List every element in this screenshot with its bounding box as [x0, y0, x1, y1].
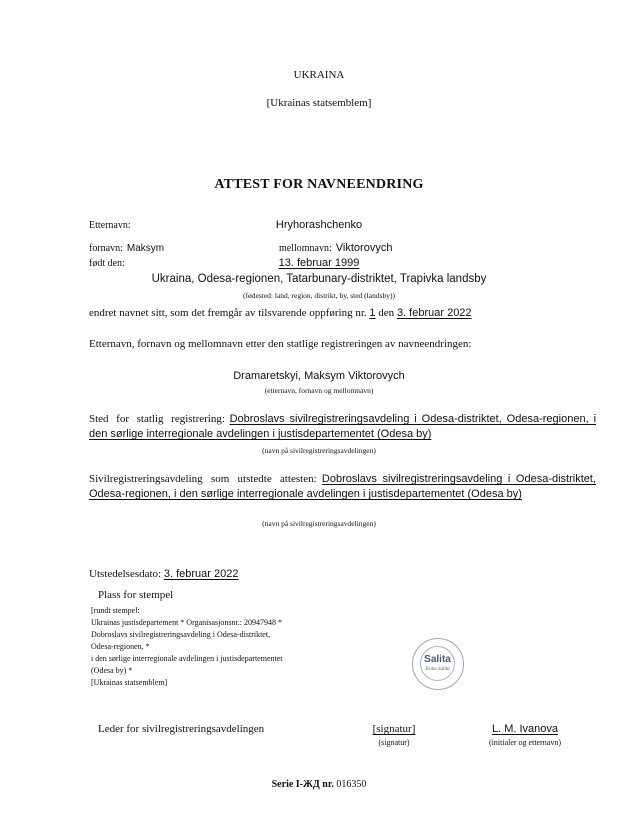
signature-caption: (signatur) [355, 738, 433, 747]
stamp-description: [rundt stempel: Ukrainas justisdeparteme… [91, 605, 351, 689]
series-line: Serie І-ЖД nr. 016350 [0, 779, 638, 790]
signature-value: [signatur] [373, 723, 416, 735]
stamp-line: (Odesa by) * [91, 665, 351, 677]
translator-stamp: Salita Ivona Salita [412, 638, 464, 690]
stamp-line: i den sørlige interregionale avdelingen … [91, 653, 351, 665]
middlename-label: mellomnavn: [279, 243, 332, 254]
series-number: 016350 [336, 779, 366, 790]
stamp-heading: Plass for stempel [98, 589, 173, 601]
signatory-name-caption: (initialer og etternavn) [470, 738, 580, 747]
document-title: ATTEST FOR NAVNEENDRING [0, 177, 638, 193]
change-record-line: endret navnet sitt, som det fremgår av t… [89, 307, 472, 319]
issuing-office-caption: (navn på sivilregistreringsavdelingen) [0, 519, 638, 528]
stamp-line: [rundt stempel: [91, 605, 351, 617]
registration-place-label: Sted for statlig registrering: [89, 413, 225, 425]
signatory-name: L. M. Ivanova [492, 723, 558, 735]
new-name: Dramaretskyi, Maksym Viktorovych [0, 370, 638, 382]
birthplace-caption: (fødested: land, region, distrikt, by, s… [0, 291, 638, 300]
stamp-line: Dobroslavs sivilregistreringsavdeling i … [91, 629, 351, 641]
stamp-line: Odesa-regionen, * [91, 641, 351, 653]
stamp-signature: Ivona Salita [413, 667, 462, 672]
series-label: Serie І-ЖД nr. [272, 779, 334, 790]
stamp-line: Ukrainas justisdepartement * Organisasjo… [91, 617, 351, 629]
firstname-value: Maksym [127, 243, 164, 254]
birthplace: Ukraina, Odesa-regionen, Tatarbunary-dis… [0, 273, 638, 285]
new-name-intro: Etternavn, fornavn og mellomnavn etter d… [89, 338, 471, 350]
surname-value: Hryhorashchenko [0, 219, 638, 231]
issuing-office: Sivilregistreringsavdeling som utstedte … [89, 472, 596, 502]
issue-date-value: 3. februar 2022 [164, 568, 239, 580]
stamp-line: [Ukrainas statsemblem] [91, 677, 351, 689]
change-record-den: den [378, 307, 394, 319]
change-record-text: endret navnet sitt, som det fremgår av t… [89, 307, 367, 319]
issue-date-label: Utstedelsesdato: [89, 568, 161, 580]
country-heading: UKRAINA [0, 69, 638, 81]
issuing-office-label: Sivilregistreringsavdeling som utstedte … [89, 473, 317, 485]
record-number: 1 [369, 307, 375, 319]
registration-place: Sted for statlig registrering: Dobroslav… [89, 412, 596, 442]
middlename-field: mellomnavn: Viktorovych [279, 238, 392, 256]
new-name-caption: (etternavn, fornavn og mellomnavn) [0, 386, 638, 395]
firstname-label: fornavn: [89, 243, 123, 254]
state-emblem-placeholder: [Ukrainas statsemblem] [0, 97, 638, 109]
firstname-field: fornavn: Maksym [89, 238, 164, 256]
middlename-value: Viktorovych [336, 242, 393, 254]
birth-date: 13. februar 1999 [279, 257, 360, 269]
stamp-brand: Salita [413, 654, 462, 665]
record-date: 3. februar 2022 [397, 307, 472, 319]
issue-date-field: Utstedelsesdato: 3. februar 2022 [89, 568, 238, 580]
registration-place-caption: (navn på sivilregistreringsavdelingen) [0, 446, 638, 455]
signatory-role: Leder for sivilregistreringsavdelingen [98, 723, 264, 735]
